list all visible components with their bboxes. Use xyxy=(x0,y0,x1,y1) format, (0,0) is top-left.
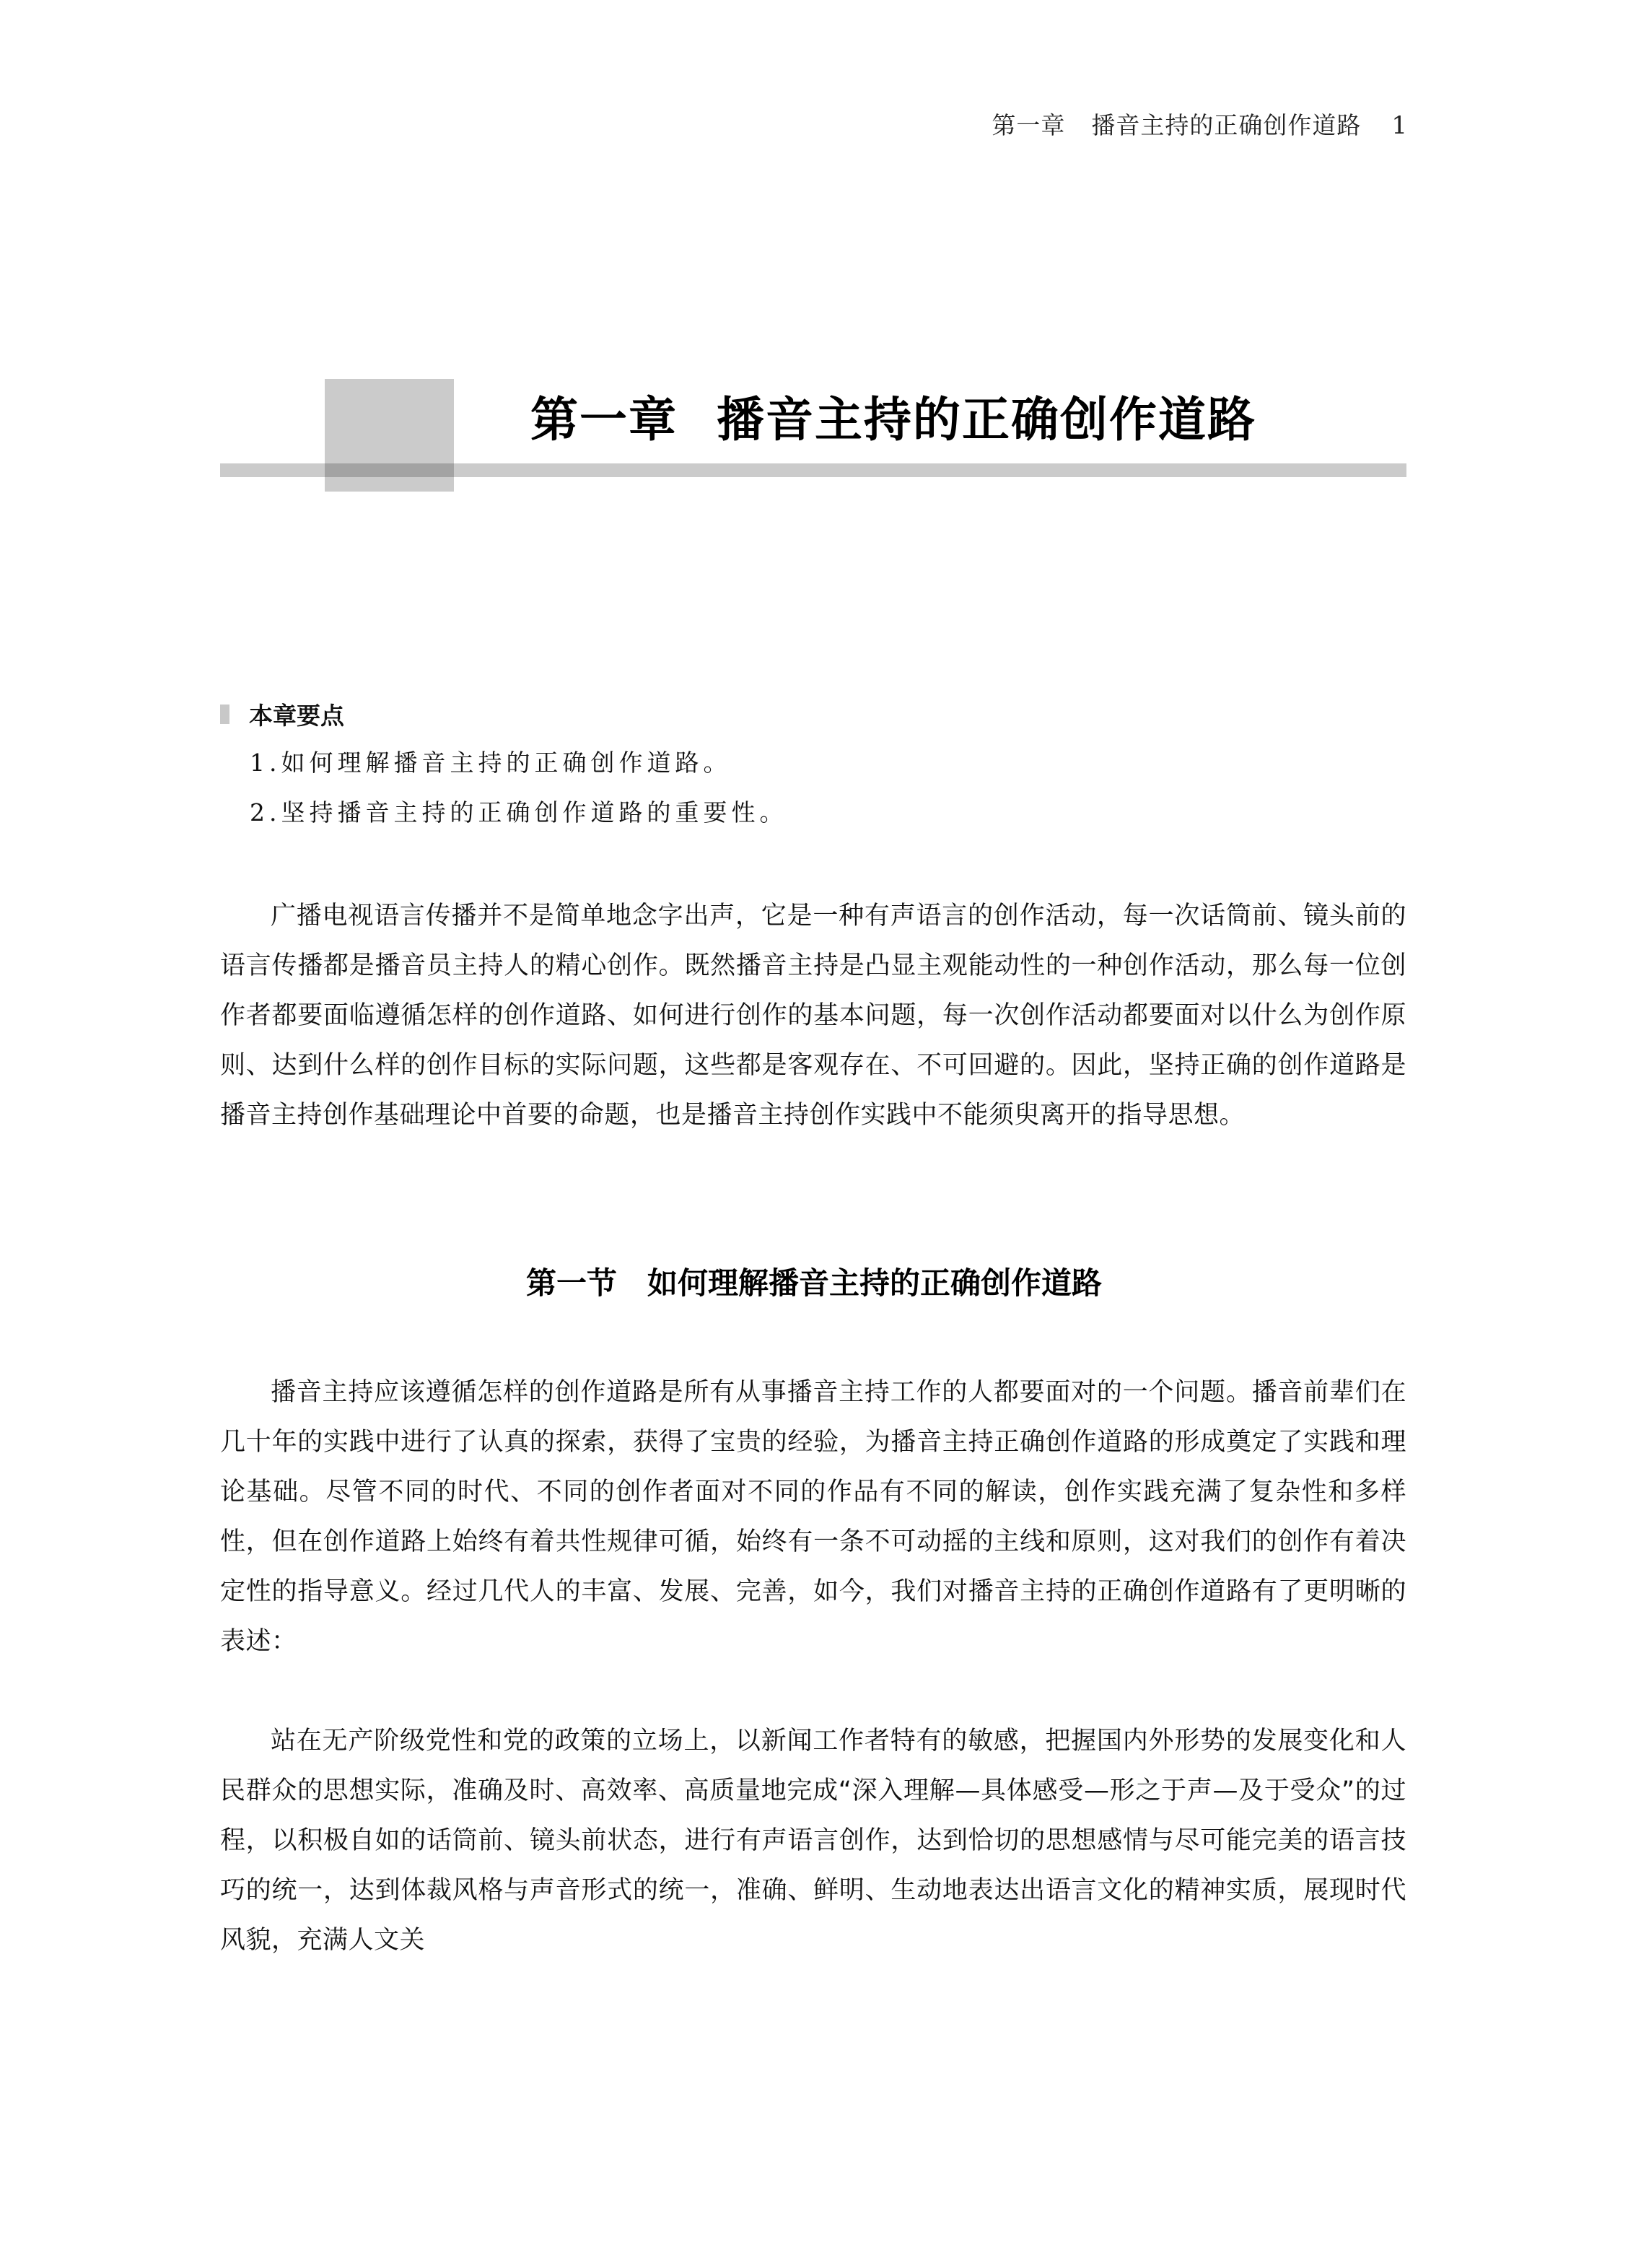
chapter-title-text: 播音主持的正确创作道路 xyxy=(717,391,1256,448)
key-point-item: 1.如何理解播音主持的正确创作道路。 xyxy=(250,744,732,778)
chapter-decoration-overlap xyxy=(325,463,454,477)
key-points-heading-text: 本章要点 xyxy=(249,697,344,731)
chapter-label: 第一章 xyxy=(530,391,678,448)
section-title: 第一节如何理解播音主持的正确创作道路 xyxy=(0,1260,1628,1303)
key-points-heading: 本章要点 xyxy=(220,697,344,731)
intro-paragraph: 广播电视语言传播并不是简单地念字出声，它是一种有声语言的创作活动，每一次话筒前、… xyxy=(220,891,1406,1140)
square-bullet-icon xyxy=(220,705,229,724)
section-paragraph: 站在无产阶级党性和党的政策的立场上，以新闻工作者特有的敏感，把握国内外形势的发展… xyxy=(220,1717,1406,1966)
book-page: 第一章播音主持的正确创作道路1 第一章播音主持的正确创作道路 本章要点 1.如何… xyxy=(0,0,1628,2268)
chapter-title: 第一章播音主持的正确创作道路 xyxy=(530,381,1256,450)
running-head-chapter: 第一章 xyxy=(992,111,1065,139)
key-point-item: 2.坚持播音主持的正确创作道路的重要性。 xyxy=(250,794,788,828)
running-head: 第一章播音主持的正确创作道路1 xyxy=(992,107,1408,141)
section-title-text: 如何理解播音主持的正确创作道路 xyxy=(647,1265,1102,1301)
section-label: 第一节 xyxy=(526,1265,617,1301)
running-head-title: 播音主持的正确创作道路 xyxy=(1091,111,1361,139)
page-number: 1 xyxy=(1391,111,1408,140)
section-paragraph: 播音主持应该遵循怎样的创作道路是所有从事播音主持工作的人都要面对的一个问题。播音… xyxy=(220,1368,1406,1667)
